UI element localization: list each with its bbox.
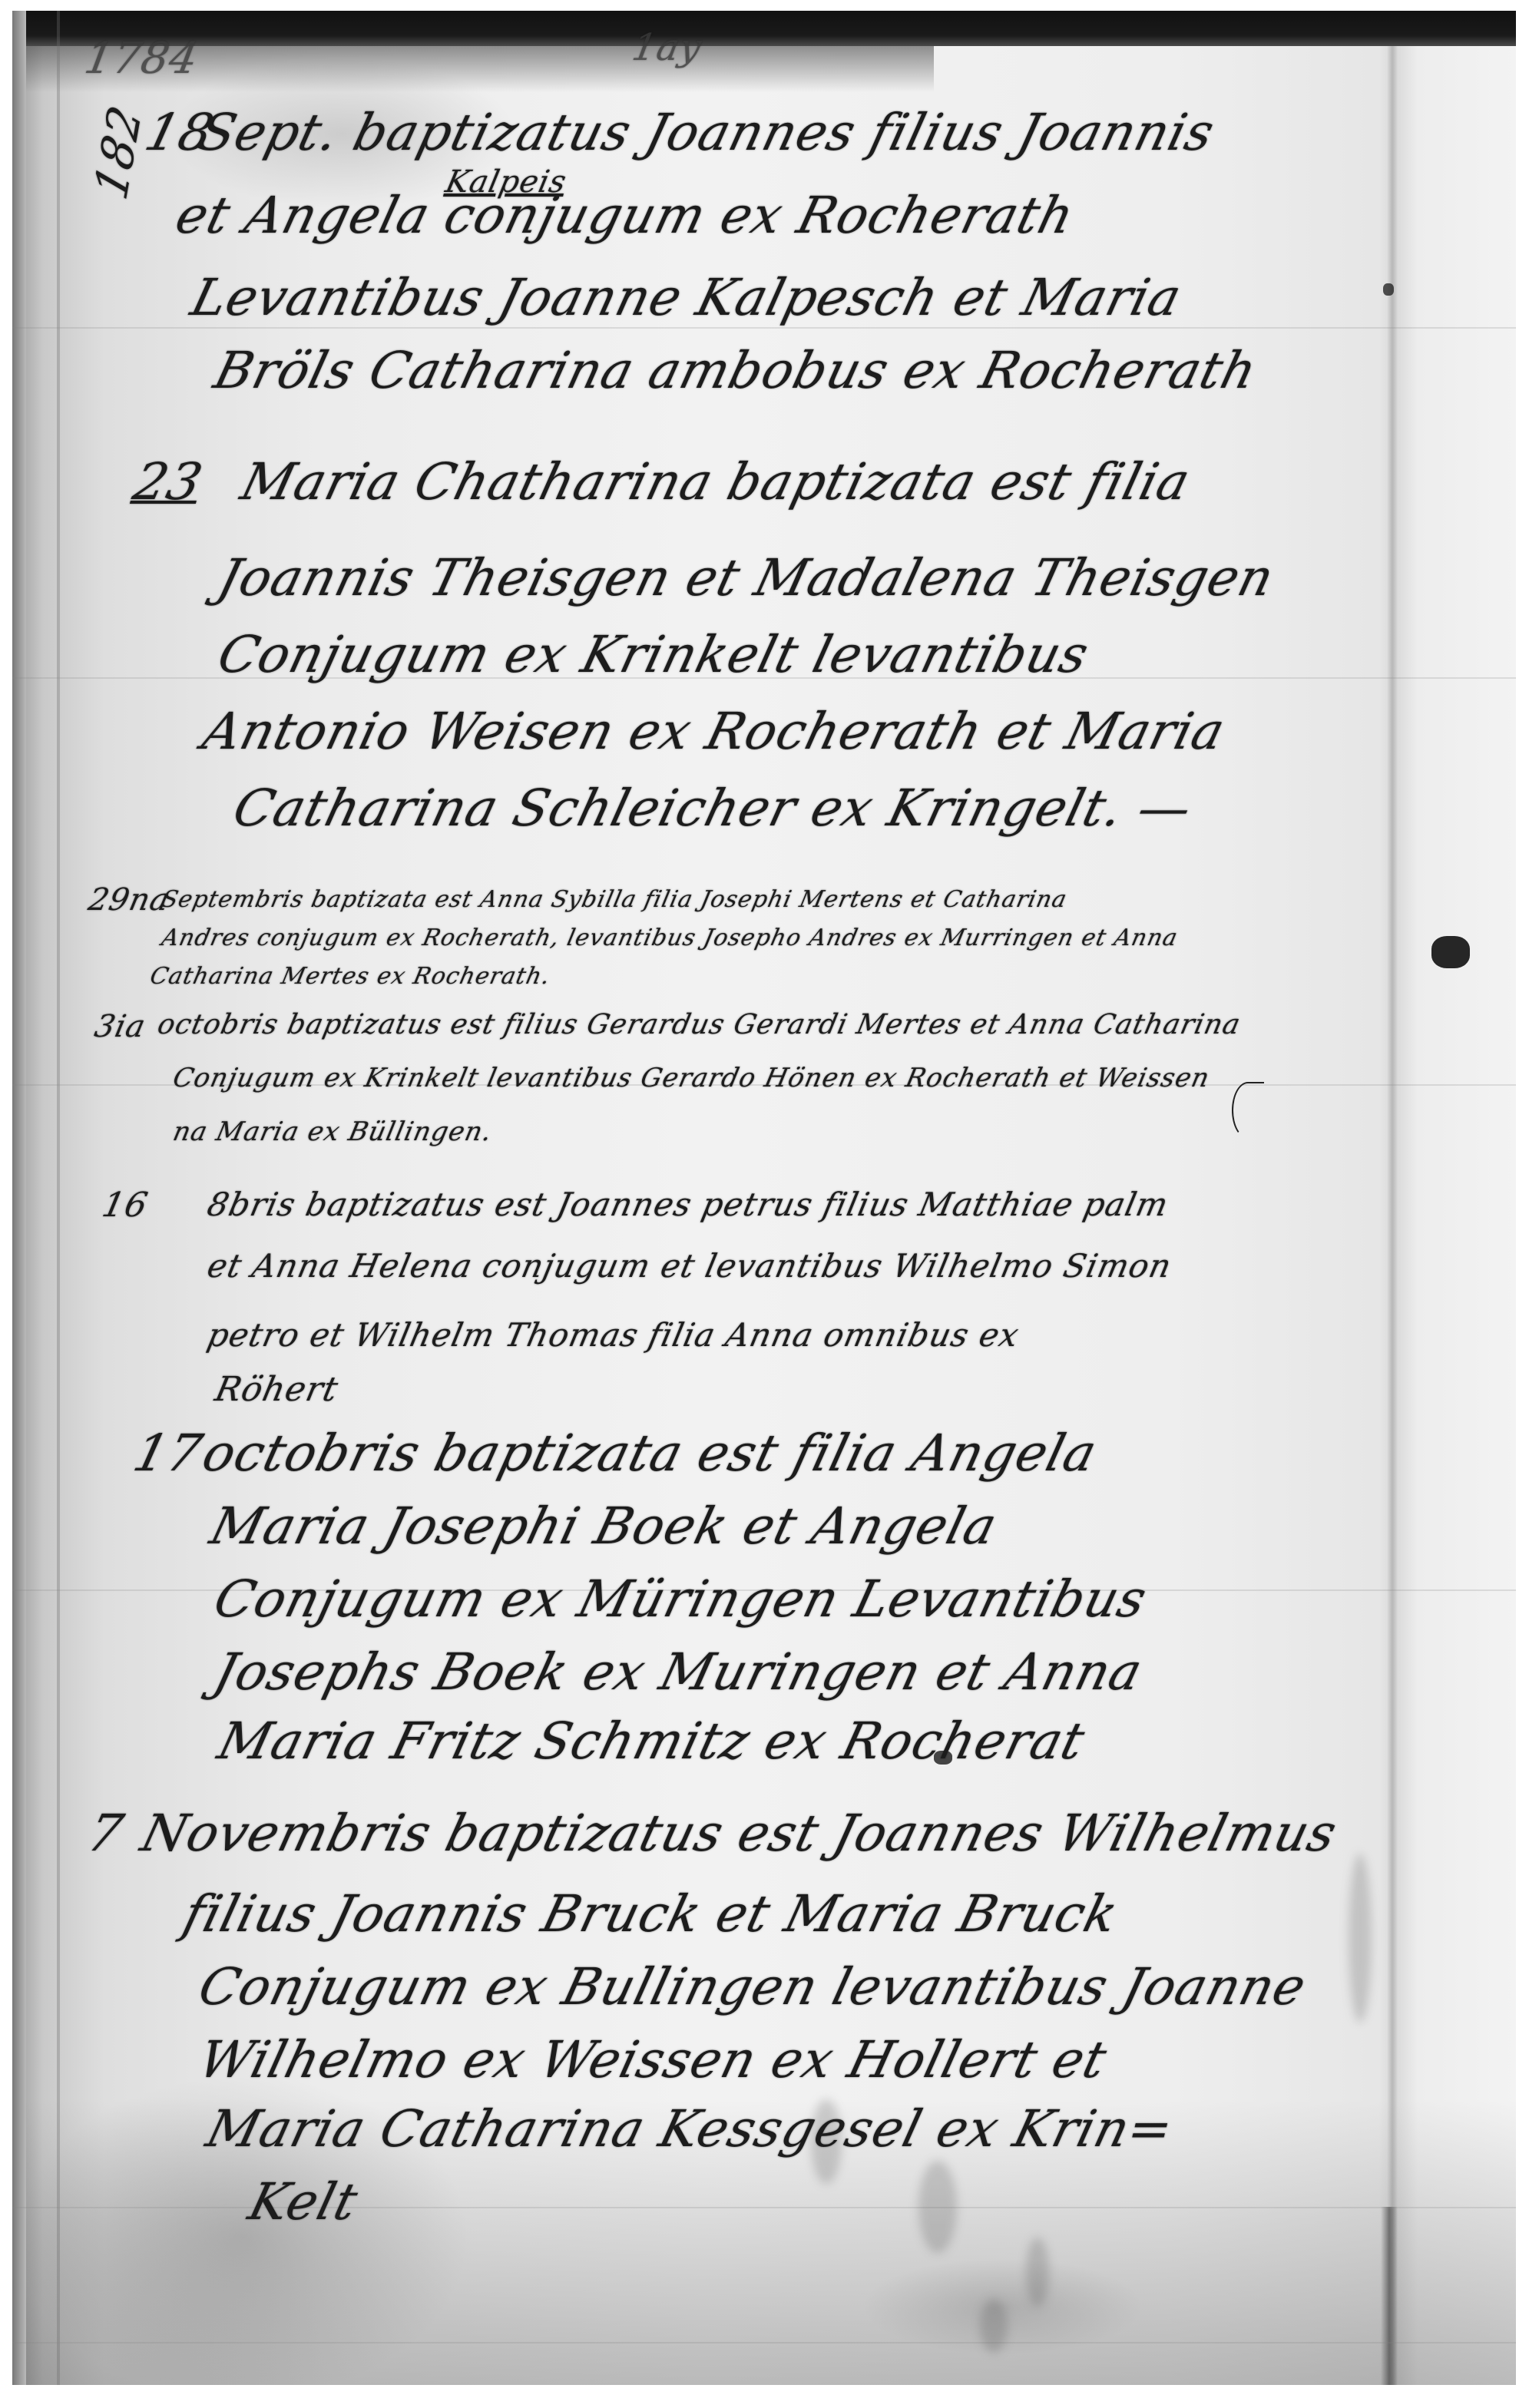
ink-dot xyxy=(1383,283,1394,296)
top-note: 1ay xyxy=(629,26,705,69)
entry-line: Maria Chatharina baptizata est filia xyxy=(235,452,1196,511)
entry-line: Joannis Theisgen et Madalena Theisgen xyxy=(212,548,1280,607)
entry-line: Septembris baptizata est Anna Sybilla fi… xyxy=(159,886,1069,913)
page-fold-line xyxy=(1387,46,1398,2385)
entry-line: na Maria ex Büllingen. xyxy=(170,1116,495,1147)
scan-border-top xyxy=(12,11,1516,46)
entry-line: Conjugum ex Krinkelt levantibus Gerardo … xyxy=(170,1063,1213,1093)
entry-line: filius Joannis Bruck et Maria Bruck xyxy=(177,1884,1124,1943)
entry-line: Conjugum ex Krinkelt levantibus xyxy=(212,625,1094,684)
entry-line: Maria Fritz Schmitz ex Rocherat xyxy=(212,1712,1090,1771)
entry-line: petro et Wilhelm Thomas filia Anna omnib… xyxy=(204,1316,1023,1354)
entry-line: Kelt xyxy=(243,2172,363,2231)
entry-line: octobris baptizata est filia Angela xyxy=(197,1424,1103,1483)
entry-line: Bröls Catharina ambobus ex Rocherath xyxy=(208,341,1263,400)
entry-line: Josephs Boek ex Muringen et Anna xyxy=(208,1642,1148,1702)
entry-line: Catharina Mertes ex Rocherath. xyxy=(147,963,553,990)
entry-line: Novembris baptizatus est Joannes Wilhelm… xyxy=(135,1804,1342,1863)
entry-line: et Angela conjugum ex Rocherath xyxy=(170,186,1080,245)
entry-line: et Anna Helena conjugum et levantibus Wi… xyxy=(204,1247,1175,1285)
paper-stain xyxy=(1026,2238,1049,2307)
entry-line: Catharina Schleicher ex Kringelt. — xyxy=(227,779,1198,838)
page-fold-shadow xyxy=(1381,2207,1398,2385)
entry-line: Maria Catharina Kessgesel ex Krin= xyxy=(200,2099,1180,2158)
entry-date: 3ia xyxy=(91,1009,149,1044)
entry-line: 8bris baptizatus est Joannes petrus fili… xyxy=(204,1186,1172,1223)
entry-line: Conjugum ex Bullingen levantibus Joanne xyxy=(193,1957,1312,2016)
ruled-line xyxy=(12,2207,1516,2208)
entry-line: Röhert xyxy=(212,1370,343,1409)
ruled-line xyxy=(12,327,1516,329)
entry-line: Antonio Weisen ex Rocherath et Maria xyxy=(197,702,1231,761)
pencil-mark xyxy=(1232,1082,1264,1139)
entry-line: Sept. baptizatus Joannes filius Joannis xyxy=(193,103,1220,162)
page-left-edge xyxy=(12,11,26,2385)
entry-line: octobris baptizatus est filius Gerardus … xyxy=(155,1009,1244,1040)
manuscript-page: 1784 1ay 182 18 Sept. baptizatus Joannes… xyxy=(12,11,1516,2385)
year-header: 1784 xyxy=(81,34,202,84)
entry-date: 16 xyxy=(99,1186,152,1225)
entry-line: Andres conjugum ex Rocherath, levantibus… xyxy=(159,925,1180,951)
paper-stain xyxy=(980,2299,1008,2353)
paper-stain xyxy=(1349,1854,1372,2023)
ruled-line xyxy=(12,2342,1516,2343)
entry-line: Conjugum ex Müringen Levantibus xyxy=(208,1569,1153,1629)
entry-line: Wilhelmo ex Weissen ex Hollert et xyxy=(193,2030,1113,2089)
ink-blot xyxy=(1431,936,1470,968)
entry-date: 17 xyxy=(127,1424,208,1483)
paper-stain xyxy=(918,2161,957,2253)
entry-line: Maria Josephi Boek et Angela xyxy=(204,1497,1003,1556)
entry-line: Levantibus Joanne Kalpesch et Maria xyxy=(185,268,1187,327)
entry-date: 23 xyxy=(127,452,208,511)
entry-date: 7 xyxy=(81,1804,129,1863)
margin-rule xyxy=(57,11,60,2385)
